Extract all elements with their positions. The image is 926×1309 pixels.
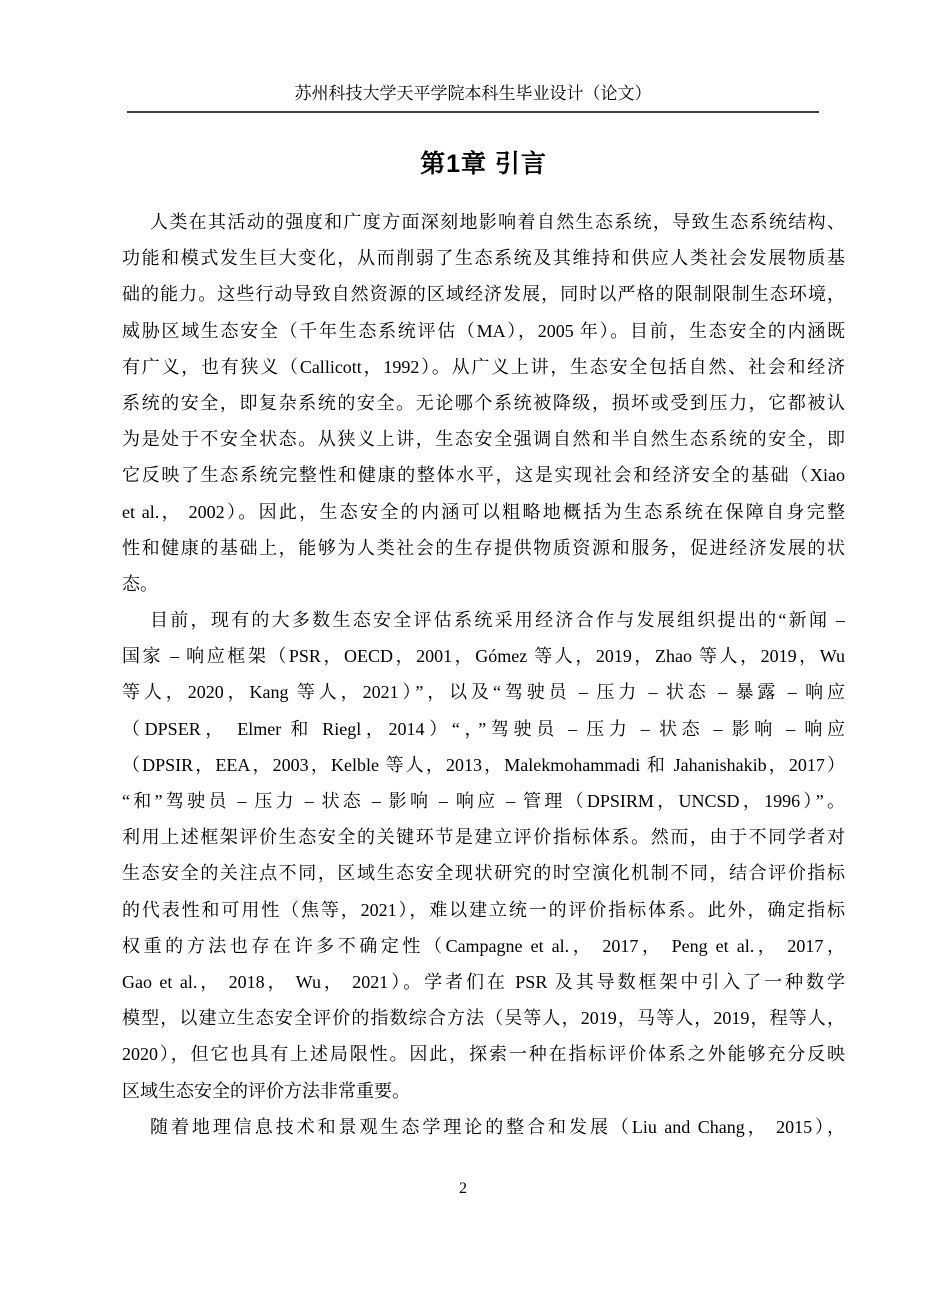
body-line: 2020），但它也具有上述局限性。因此，探索一种在指标评价体系之外能够充分反映 — [122, 1036, 845, 1072]
body-line: 础的能力。这些行动导致自然资源的区域经济发展，同时以严格的限制限制生态环境， — [122, 276, 845, 312]
body-line: 为是处于不安全状态。从狭义上讲，生态安全强调自然和半自然生态系统的安全，即 — [122, 421, 845, 457]
body-line: 模型，以建立生态安全评价的指数综合方法（吴等人，2019，马等人，2019，程等… — [122, 1000, 845, 1036]
body-line: “和”驾驶员 – 压力 – 状态 – 影响 – 响应 – 管理（DPSIRM，U… — [122, 783, 845, 819]
document-body: 人类在其活动的强度和广度方面深刻地影响着自然生态系统，导致生态系统结构、 功能和… — [122, 204, 845, 1145]
body-line: 利用上述框架评价生态安全的关键环节是建立评价指标体系。然而，由于不同学者对 — [122, 819, 845, 855]
body-line: 等人，2020，Kang 等人，2021）”，以及“驾驶员 – 压力 – 状态 … — [122, 674, 845, 710]
body-line: 系统的安全，即复杂系统的安全。无论哪个系统被降级，损坏或受到压力，它都被认 — [122, 385, 845, 421]
body-line: 的代表性和可用性（焦等，2021），难以建立统一的评价指标体系。此外，确定指标 — [122, 892, 845, 928]
page-header: 苏州科技大学天平学院本科生毕业设计（论文） — [127, 84, 819, 113]
page-number: 2 — [0, 1180, 926, 1198]
header-title: 苏州科技大学天平学院本科生毕业设计（论文） — [295, 84, 652, 103]
chapter-title: 第1章 引言 — [122, 144, 845, 180]
body-line: 威胁区域生态安全（千年生态系统评估（MA），2005 年）。目前，生态安全的内涵… — [122, 313, 845, 349]
body-line: 有广义，也有狭义（Callicott，1992）。从广义上讲，生态安全包括自然、… — [122, 349, 845, 385]
body-line: 区域生态安全的评价方法非常重要。 — [122, 1073, 845, 1109]
body-line: 国家 – 响应框架（PSR，OECD，2001，Gómez 等人，2019，Zh… — [122, 638, 845, 674]
body-line: （DPSER， Elmer 和 Riegl，2014）“，”驾驶员 – 压力 –… — [122, 711, 845, 747]
body-line: 态。 — [122, 566, 845, 602]
body-line: 生态安全的关注点不同，区域生态安全现状研究的时空演化机制不同，结合评价指标 — [122, 855, 845, 891]
body-line: et al.， 2002）。因此，生态安全的内涵可以粗略地概括为生态系统在保障自… — [122, 494, 845, 530]
body-line: 它反映了生态系统完整性和健康的整体水平，这是实现社会和经济安全的基础（Xiao — [122, 457, 845, 493]
body-line: 功能和模式发生巨大变化，从而削弱了生态系统及其维持和供应人类社会发展物质基 — [122, 240, 845, 276]
body-line: 性和健康的基础上，能够为人类社会的生存提供物质资源和服务，促进经济发展的状 — [122, 530, 845, 566]
body-line: 随着地理信息技术和景观生态学理论的整合和发展（Liu and Chang， 20… — [122, 1109, 845, 1145]
document-page: 苏州科技大学天平学院本科生毕业设计（论文） 第1章 引言 人类在其活动的强度和广… — [0, 0, 926, 1309]
body-line: 目前，现有的大多数生态安全评估系统采用经济合作与发展组织提出的“新闻 – — [122, 602, 845, 638]
body-line: （DPSIR，EEA，2003，Kelble 等人，2013，Malekmoha… — [122, 747, 845, 783]
body-line: Gao et al.， 2018， Wu， 2021）。学者们在 PSR 及其导… — [122, 964, 845, 1000]
body-line: 权重的方法也存在许多不确定性（Campagne et al.， 2017， Pe… — [122, 928, 845, 964]
body-line: 人类在其活动的强度和广度方面深刻地影响着自然生态系统，导致生态系统结构、 — [122, 204, 845, 240]
